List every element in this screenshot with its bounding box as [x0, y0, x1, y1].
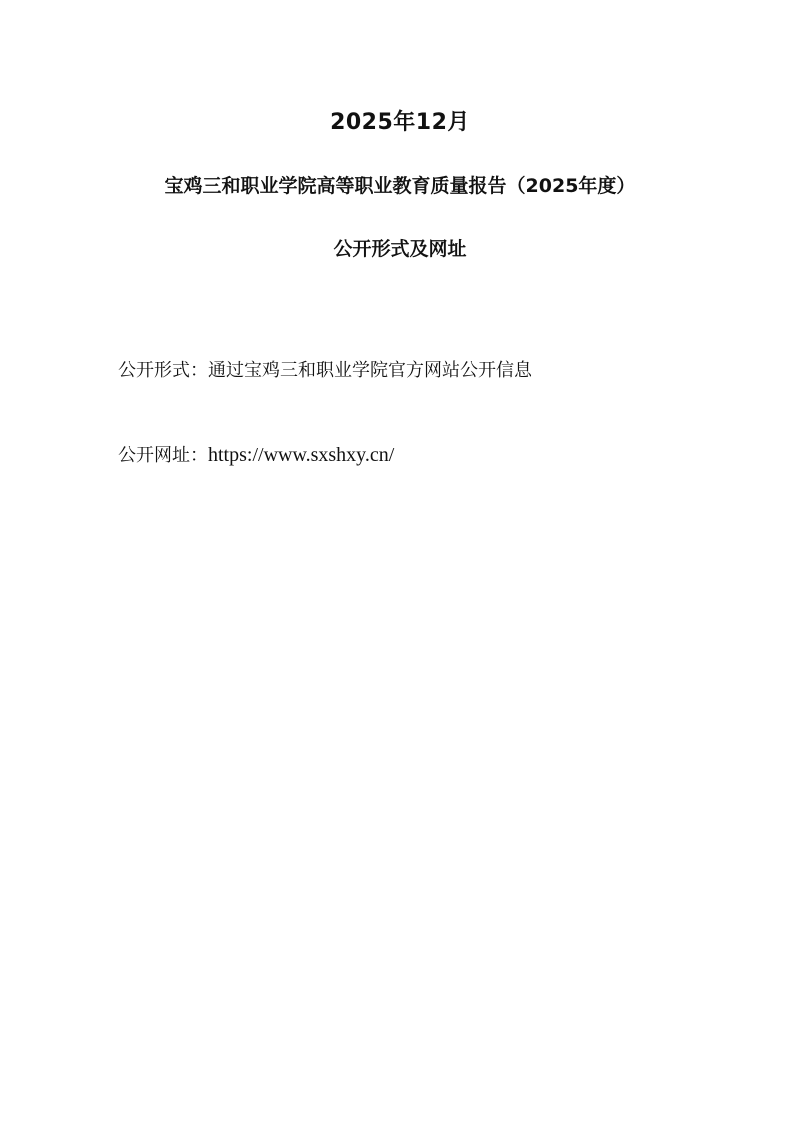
disclosure-form-line: 公开形式：通过宝鸡三和职业学院官方网站公开信息 — [118, 356, 532, 382]
disclosure-form-value: 通过宝鸡三和职业学院官方网站公开信息 — [208, 360, 532, 381]
section-subtitle: 公开形式及网址 — [0, 234, 800, 261]
report-title: 宝鸡三和职业学院高等职业教育质量报告（2025年度） — [0, 171, 800, 198]
disclosure-url-line: 公开网址：https://www.sxshxy.cn/ — [118, 441, 394, 467]
date-heading: 2025年12月 — [0, 105, 800, 136]
disclosure-form-label: 公开形式： — [118, 360, 208, 381]
disclosure-url-link[interactable]: https://www.sxshxy.cn/ — [208, 444, 394, 466]
disclosure-url-label: 公开网址： — [118, 445, 208, 466]
